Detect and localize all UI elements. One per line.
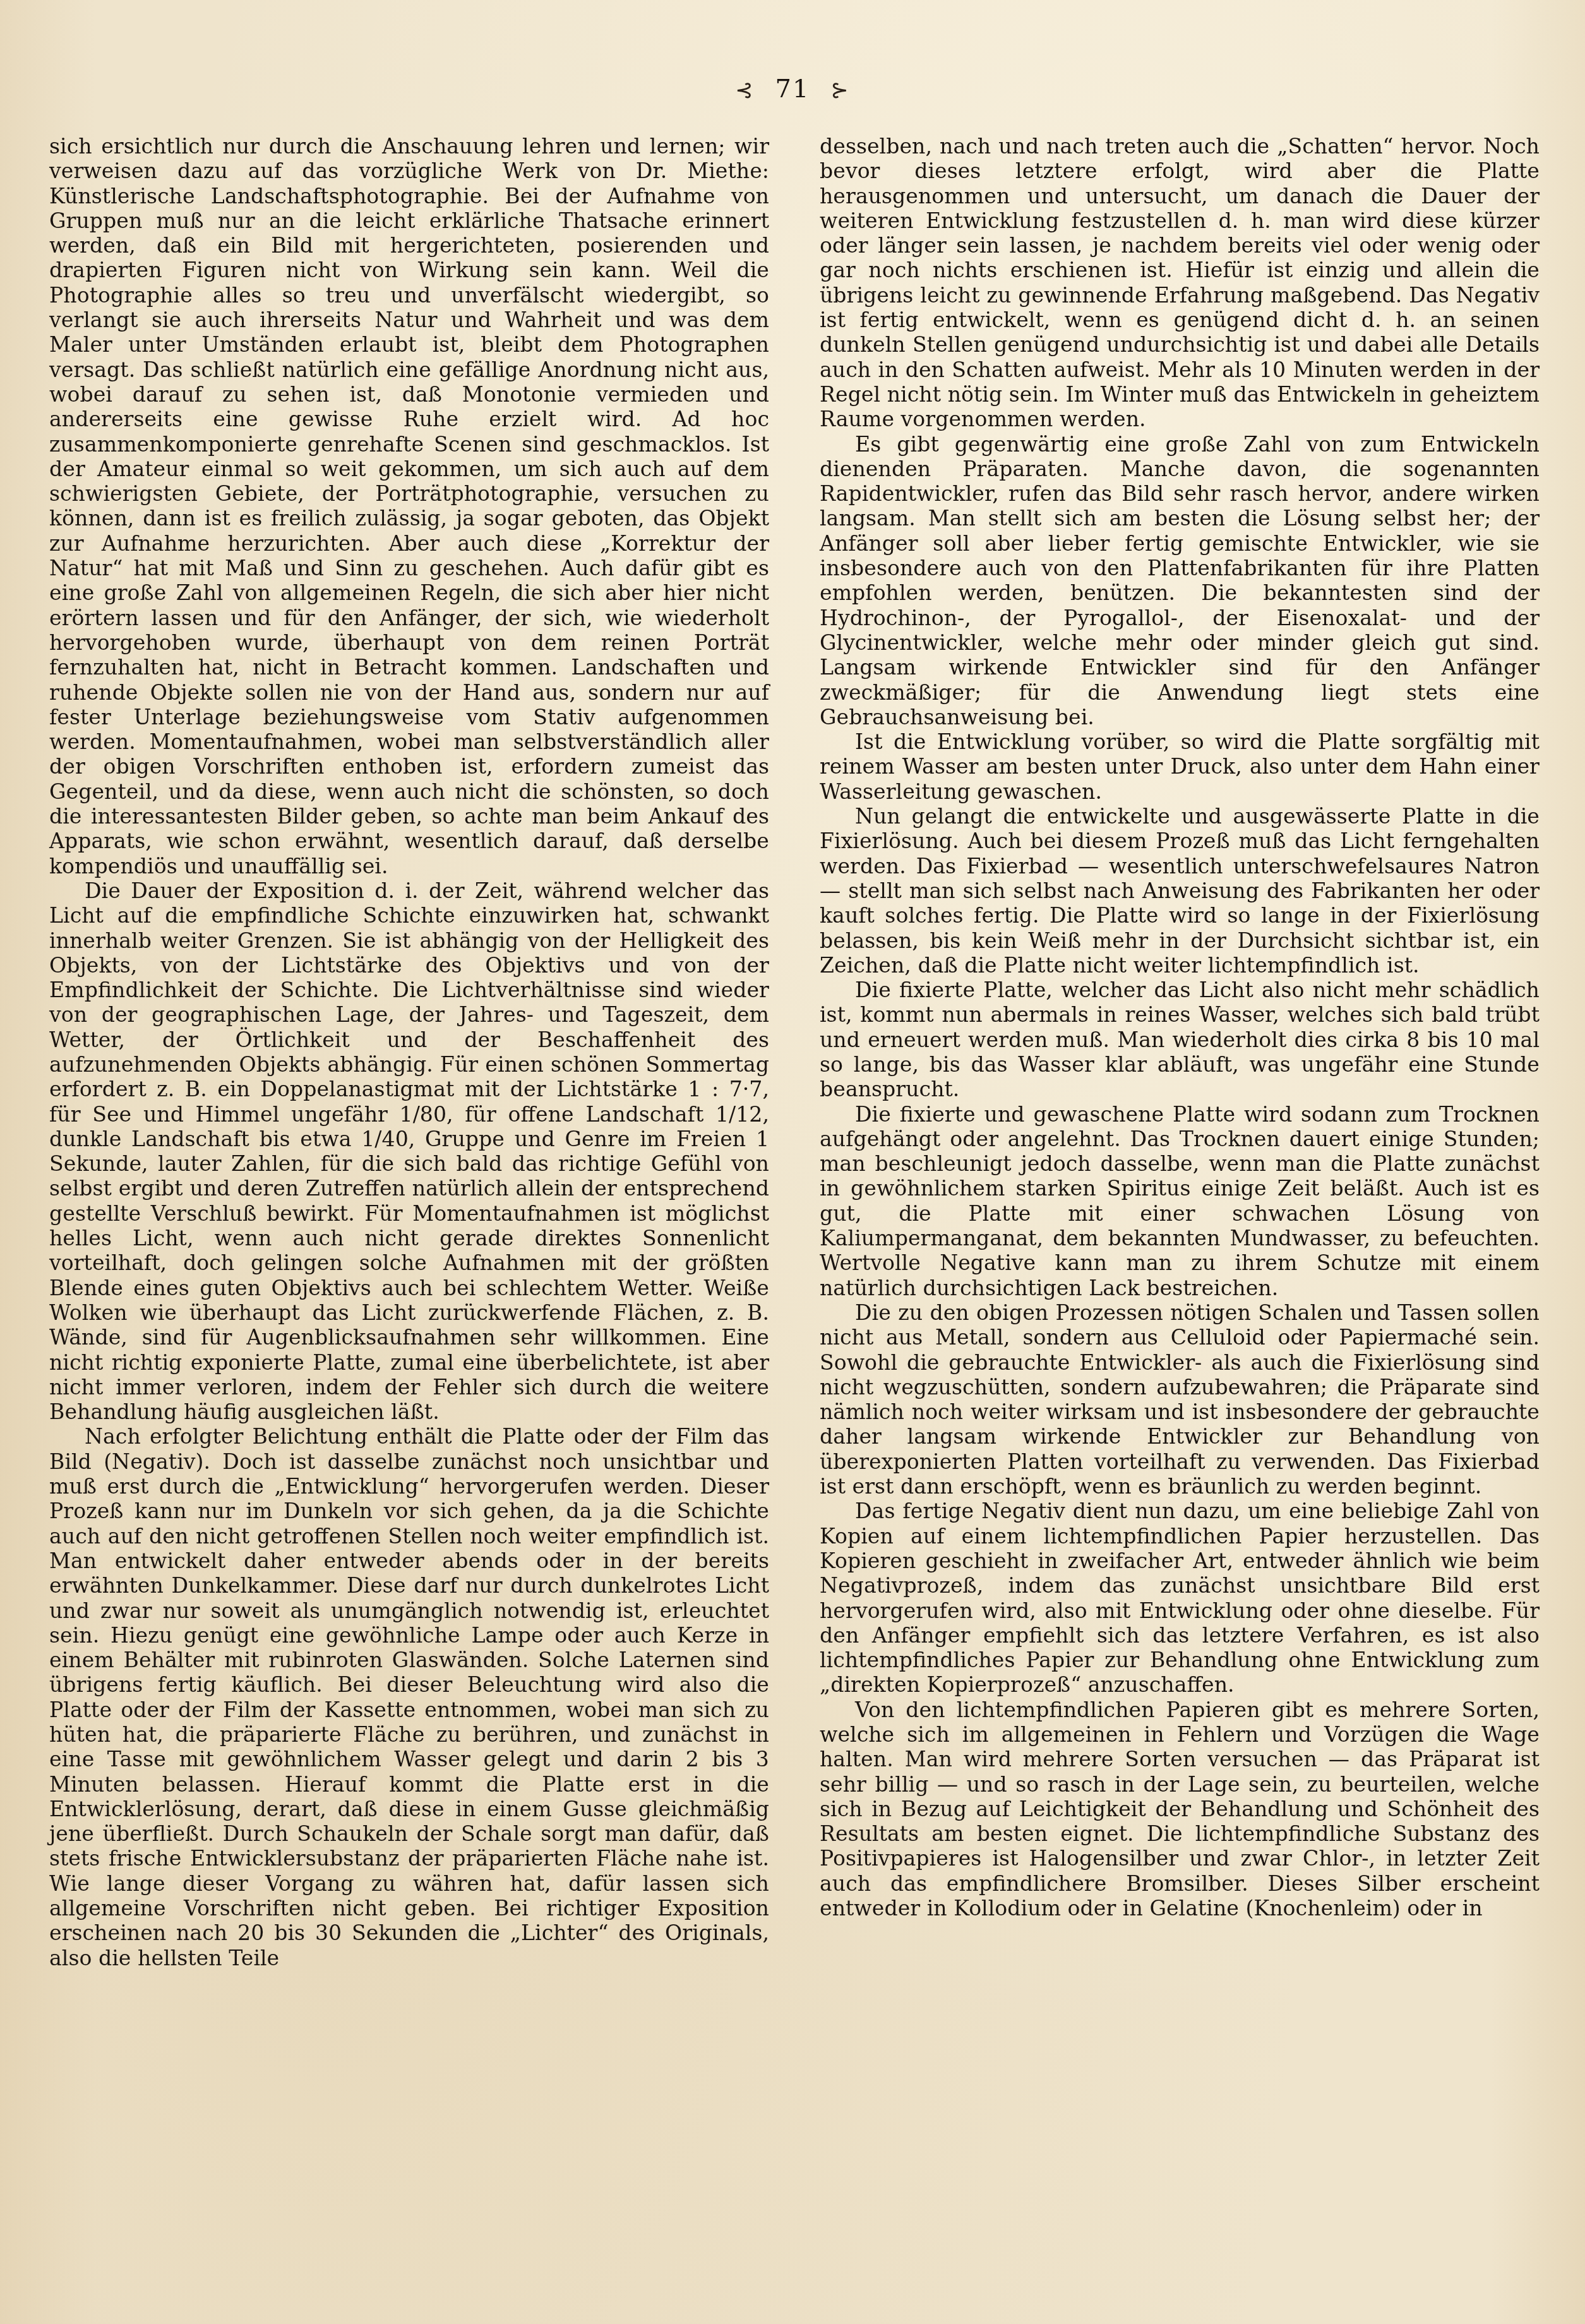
paragraph: Von den lichtempfindlichen Papieren gibt… xyxy=(820,1698,1540,1921)
paragraph: Die Dauer der Exposition d. i. der Zeit,… xyxy=(49,878,769,1425)
text-columns: sich ersichtlich nur durch die Anschauun… xyxy=(49,134,1540,1970)
left-column: sich ersichtlich nur durch die Anschauun… xyxy=(49,134,769,1970)
ornament-left-icon: ⊰ xyxy=(735,78,755,103)
paragraph: Die fixierte Platte, welcher das Licht a… xyxy=(820,978,1540,1101)
paragraph: Ist die Entwicklung vorüber, so wird die… xyxy=(820,729,1540,804)
paragraph: Nun gelangt die entwickelte und ausgewäs… xyxy=(820,804,1540,978)
paragraph: Die zu den obigen Prozessen nötigen Scha… xyxy=(820,1300,1540,1499)
page-number: 71 xyxy=(775,75,810,104)
paragraph: Es gibt gegenwärtig eine große Zahl von … xyxy=(820,432,1540,730)
page-header: ⊰ 71 ⊱ xyxy=(0,75,1585,104)
right-column: desselben, nach und nach treten auch die… xyxy=(820,134,1540,1970)
paragraph: Nach erfolgter Belichtung enthält die Pl… xyxy=(49,1424,769,1970)
paragraph: desselben, nach und nach treten auch die… xyxy=(820,134,1540,432)
paragraph: Das fertige Negativ dient nun dazu, um e… xyxy=(820,1499,1540,1697)
ornament-right-icon: ⊱ xyxy=(830,78,850,103)
paragraph: sich ersichtlich nur durch die Anschauun… xyxy=(49,134,769,878)
paragraph: Die fixierte und gewaschene Platte wird … xyxy=(820,1102,1540,1300)
